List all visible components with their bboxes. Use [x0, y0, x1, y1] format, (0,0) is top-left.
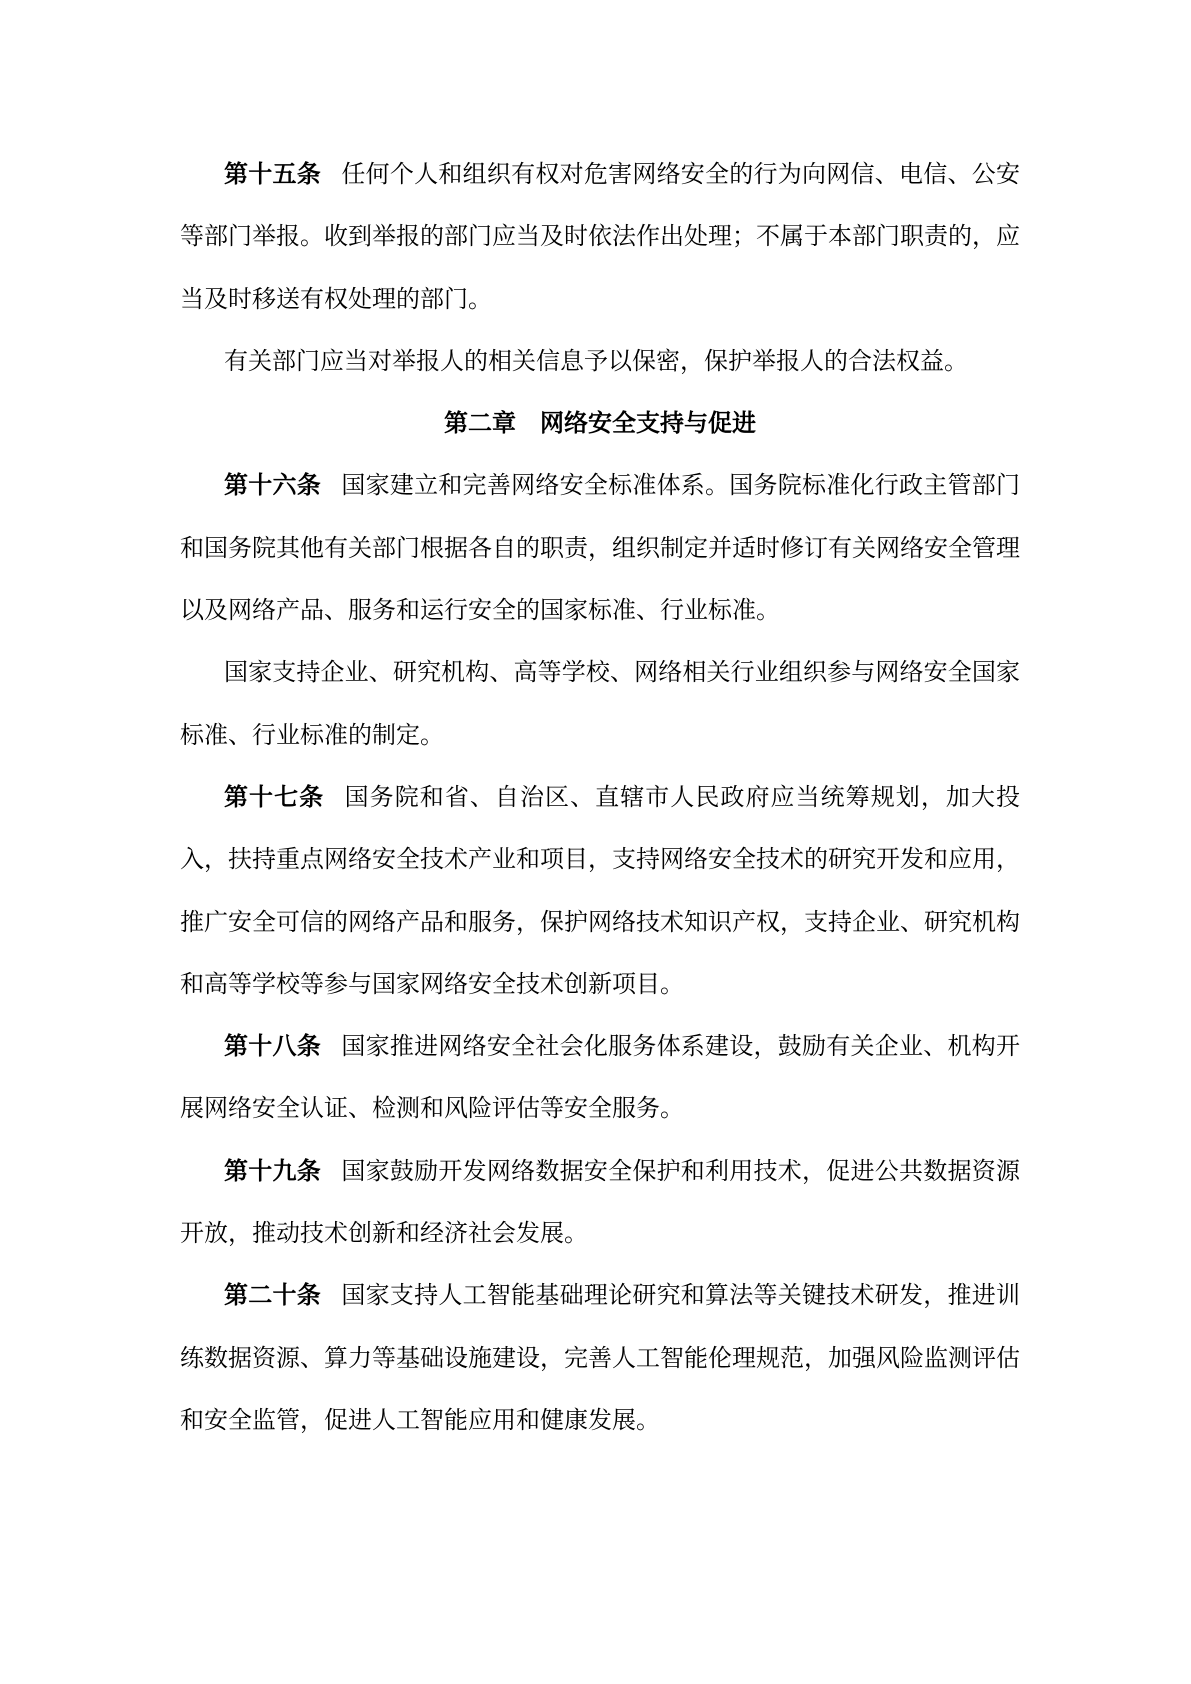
article-19-paragraph: 第十九条国家鼓励开发网络数据安全保护和利用技术，促进公共数据资源开放，推动技术创…: [180, 1140, 1020, 1265]
article-16-subparagraph: 国家支持企业、研究机构、高等学校、网络相关行业组织参与网络安全国家标准、行业标准…: [180, 641, 1020, 766]
article-19-number: 第十九条: [224, 1157, 321, 1185]
article-17-paragraph: 第十七条国务院和省、自治区、直辖市人民政府应当统筹规划，加大投入，扶持重点网络安…: [180, 766, 1020, 1015]
article-15-subparagraph-text: 有关部门应当对举报人的相关信息予以保密，保护举报人的合法权益。: [224, 347, 968, 375]
article-16-subparagraph-text: 国家支持企业、研究机构、高等学校、网络相关行业组织参与网络安全国家标准、行业标准…: [180, 658, 1020, 748]
article-20-number: 第二十条: [224, 1281, 321, 1309]
article-15-number: 第十五条: [224, 160, 321, 188]
article-17-text: 国务院和省、自治区、直辖市人民政府应当统筹规划，加大投入，扶持重点网络安全技术产…: [180, 783, 1020, 998]
article-18-paragraph: 第十八条国家推进网络安全社会化服务体系建设，鼓励有关企业、机构开展网络安全认证、…: [180, 1015, 1020, 1140]
article-15-paragraph: 第十五条任何个人和组织有权对危害网络安全的行为向网信、电信、公安等部门举报。收到…: [180, 143, 1020, 330]
article-17-number: 第十七条: [224, 783, 324, 811]
article-16-paragraph: 第十六条国家建立和完善网络安全标准体系。国务院标准化行政主管部门和国务院其他有关…: [180, 454, 1020, 641]
article-18-number: 第十八条: [224, 1032, 321, 1060]
article-15-subparagraph: 有关部门应当对举报人的相关信息予以保密，保护举报人的合法权益。: [180, 330, 1020, 392]
article-16-number: 第十六条: [224, 471, 321, 499]
chapter-2-heading: 第二章 网络安全支持与促进: [180, 392, 1020, 454]
article-20-paragraph: 第二十条国家支持人工智能基础理论研究和算法等关键技术研发，推进训练数据资源、算力…: [180, 1264, 1020, 1451]
document-page: 第十五条任何个人和组织有权对危害网络安全的行为向网信、电信、公安等部门举报。收到…: [0, 0, 1191, 1684]
